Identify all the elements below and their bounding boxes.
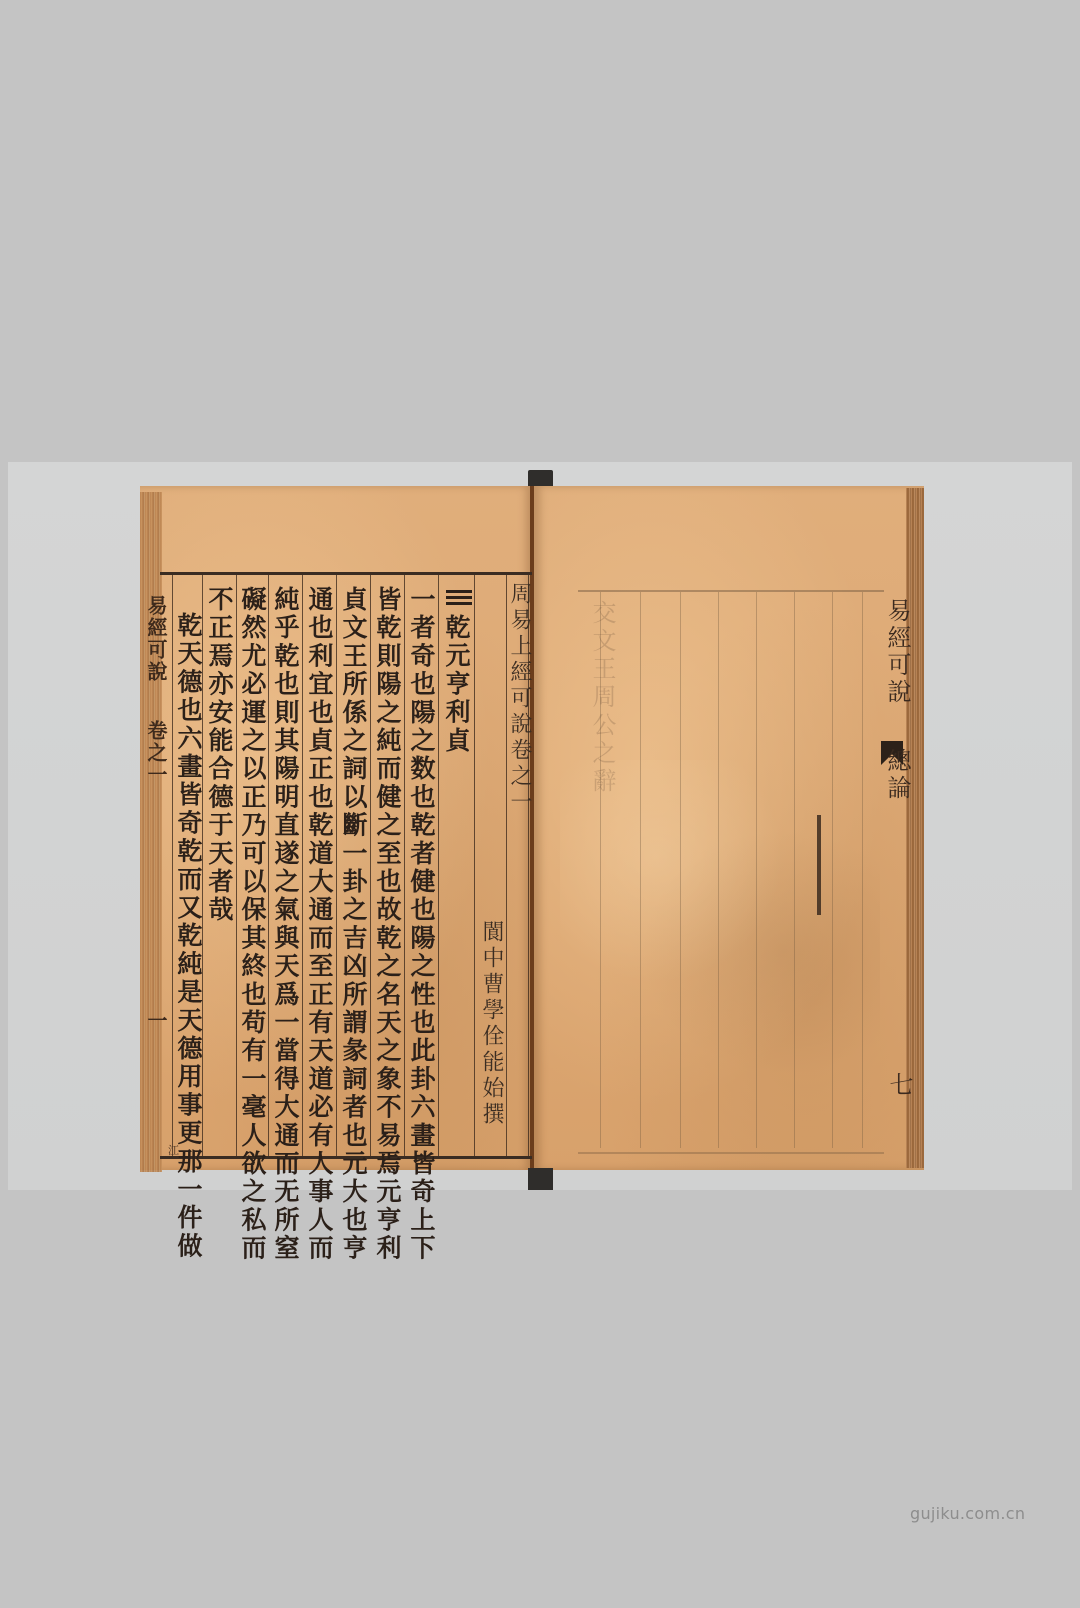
bottom-edge-mark: 江 <box>168 1142 179 1158</box>
right-ruled-line <box>862 592 863 1148</box>
text-column-4: 貞文王所係之詞以斷一卦之吉凶所謂彖詞者也元大也亨 <box>341 586 366 1263</box>
right-ruled-line <box>718 592 719 1148</box>
text-column-1: 乾元亨利貞 <box>444 614 469 755</box>
text-column-2: 一者奇也陽之数也乾者健也陽之性也此卦六畫皆奇上下 <box>409 586 434 1263</box>
left-fore-edge-book-title: 易經可說 <box>146 595 166 683</box>
column-rule <box>268 575 269 1156</box>
column-rule <box>302 575 303 1156</box>
right-ruled-line <box>832 592 833 1148</box>
right-fore-edge-page-number: 七 <box>882 1072 917 1096</box>
text-column-7: 礙然尤必運之以正乃可以保其終也苟有一毫人欲之私而 <box>240 586 265 1263</box>
left-fore-edge-volume: 卷之一 <box>146 720 166 786</box>
column-rule <box>370 575 371 1156</box>
column-rule <box>172 575 173 1156</box>
column-rule <box>236 575 237 1156</box>
site-watermark: gujiku.com.cn <box>910 1504 1025 1523</box>
text-column-5: 通也利宜也貞正也乾道大通而至正有天道必有人事人而 <box>307 586 332 1263</box>
right-fore-edge-section: 總論 <box>880 748 915 802</box>
column-rule <box>404 575 405 1156</box>
right-fore-edge-book-title: 易經可說 <box>880 598 915 706</box>
left-fore-edge-page-number: 一 <box>146 1010 166 1032</box>
right-page-stack-edge <box>906 488 924 1168</box>
qian-hexagram-icon <box>446 590 472 608</box>
chapter-title: 周易上經可說卷之一 <box>508 582 530 816</box>
ribbon-bookmark-bottom <box>528 1168 553 1190</box>
column-rule <box>474 575 475 1156</box>
print-frame-top-border <box>160 572 532 575</box>
right-ruled-line <box>756 592 757 1148</box>
ink-mark <box>817 815 821 915</box>
column-rule <box>438 575 439 1156</box>
right-ruled-line <box>794 592 795 1148</box>
text-column-6: 純乎乾也則其陽明直遂之氣與天爲一當得大通而无所窒 <box>273 586 298 1263</box>
column-rule <box>336 575 337 1156</box>
right-ruled-line <box>680 592 681 1148</box>
right-ruled-line <box>640 592 641 1148</box>
text-column-8: 不正焉亦安能合德于天者哉 <box>207 586 232 924</box>
text-column-3: 皆乾則陽之純而健之至也故乾之名天之象不易焉元亨利 <box>375 586 400 1263</box>
show-through-text: 交文王周公之辭 <box>585 600 620 796</box>
right-page-ruled-frame <box>578 590 884 1154</box>
text-column-9: 乾天德也六畫皆奇乾而又乾純是天德用事更那一件做 <box>176 612 201 1261</box>
left-page-stack-edge <box>140 492 162 1172</box>
author-line: 閬中曹學佺能始撰 <box>480 920 502 1128</box>
